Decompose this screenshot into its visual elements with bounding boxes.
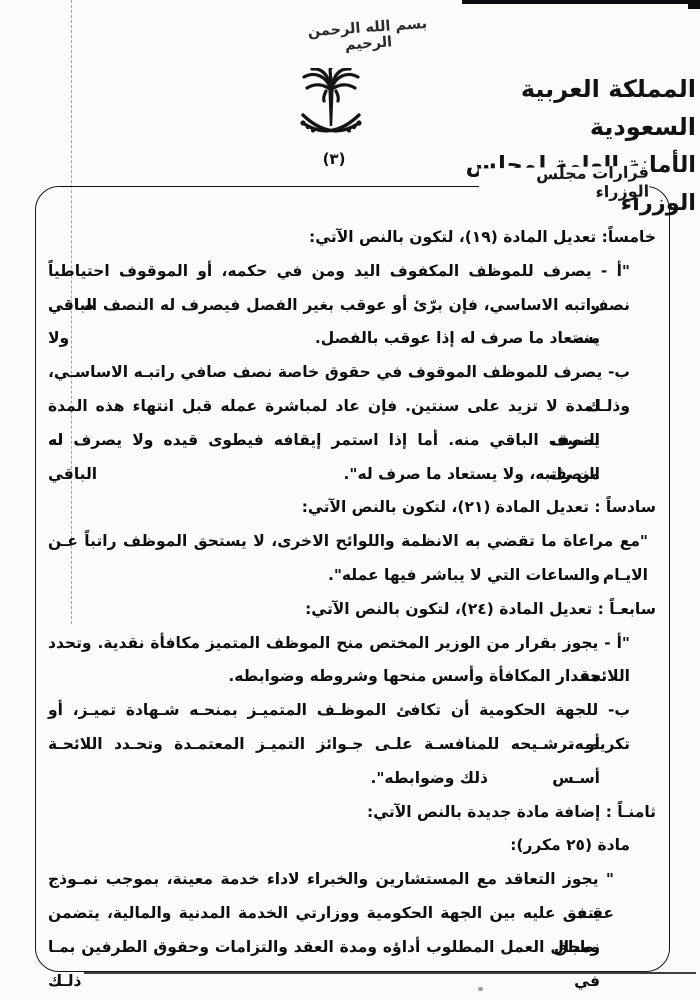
document-line: "أ - يصرف للموظف المكفوف اليد ومن في حكم…	[48, 255, 656, 289]
document-line: ب- للجهة الحكومية أن تكافئ الموظـف المتم…	[48, 694, 656, 728]
scan-edge-artifact-top	[462, 0, 700, 4]
scan-edge-artifact-corner	[688, 0, 700, 9]
document-line: راتبه الاساسي، فإن برّئ أو عوقب بغير الف…	[48, 289, 656, 323]
page-number: (٣)	[314, 150, 354, 168]
kingdom-title: المملكة العربية السعودية	[416, 70, 696, 146]
document-line: ثامنـاً : إضافة مادة جديدة بالنص الآتي:	[48, 796, 656, 830]
document-line: والساعات التي لا يباشر فيها عمله".	[48, 559, 656, 593]
document-line: سادساً : تعديل المادة (٢١)، لتكون بالنص …	[48, 491, 656, 525]
document-line: مادة (٢٥ مكرر):	[48, 829, 656, 863]
document-line: لمدة لا تزيد على سنتين. فإن عاد لمباشرة …	[48, 390, 656, 424]
scanned-document-page: بسم الله الرحمن الرحيم المملكة العربية ا…	[0, 0, 700, 1000]
section-banner: قرارات مجلس الوزراء	[479, 166, 650, 201]
saudi-emblem-icon	[299, 68, 363, 156]
document-body: خامساً: تعديل المادة (١٩)، لتكون بالنص ا…	[48, 221, 656, 965]
document-line: يتفق عليه بين الجهة الحكومية ووزارتي الخ…	[48, 897, 656, 931]
document-line: " يجوز التعاقد مع المستشارين والخبراء لا…	[48, 863, 656, 897]
document-line: خامساً: تعديل المادة (١٩)، لتكون بالنص ا…	[48, 221, 656, 255]
document-line: ب- يصرف للموظف الموقوف في حقوق خاصة نصف …	[48, 356, 656, 390]
document-line: ومجال العمل المطلوب أداؤه ومدة العقد وال…	[48, 931, 656, 965]
document-line: أو ترشـيحه للمنافسـة علـى جـوائز التميـز…	[48, 728, 656, 762]
document-line: سابعـاً : تعديل المادة (٢٤)، لتكون بالنص…	[48, 593, 656, 627]
document-line: النصف الباقي منه. أما إذا استمر إيقافه ف…	[48, 424, 656, 458]
document-line: "أ - يجوز بقرار من الوزير المختص منح الم…	[48, 627, 656, 661]
document-line: مقدار المكافأة وأسس منحها وشروطه وضوابطه…	[48, 660, 656, 694]
basmala-calligraphy: بسم الله الرحمن الرحيم	[287, 14, 449, 57]
document-line: "مع مراعاة ما تقضي به الانظمة واللوائح ا…	[48, 525, 656, 559]
